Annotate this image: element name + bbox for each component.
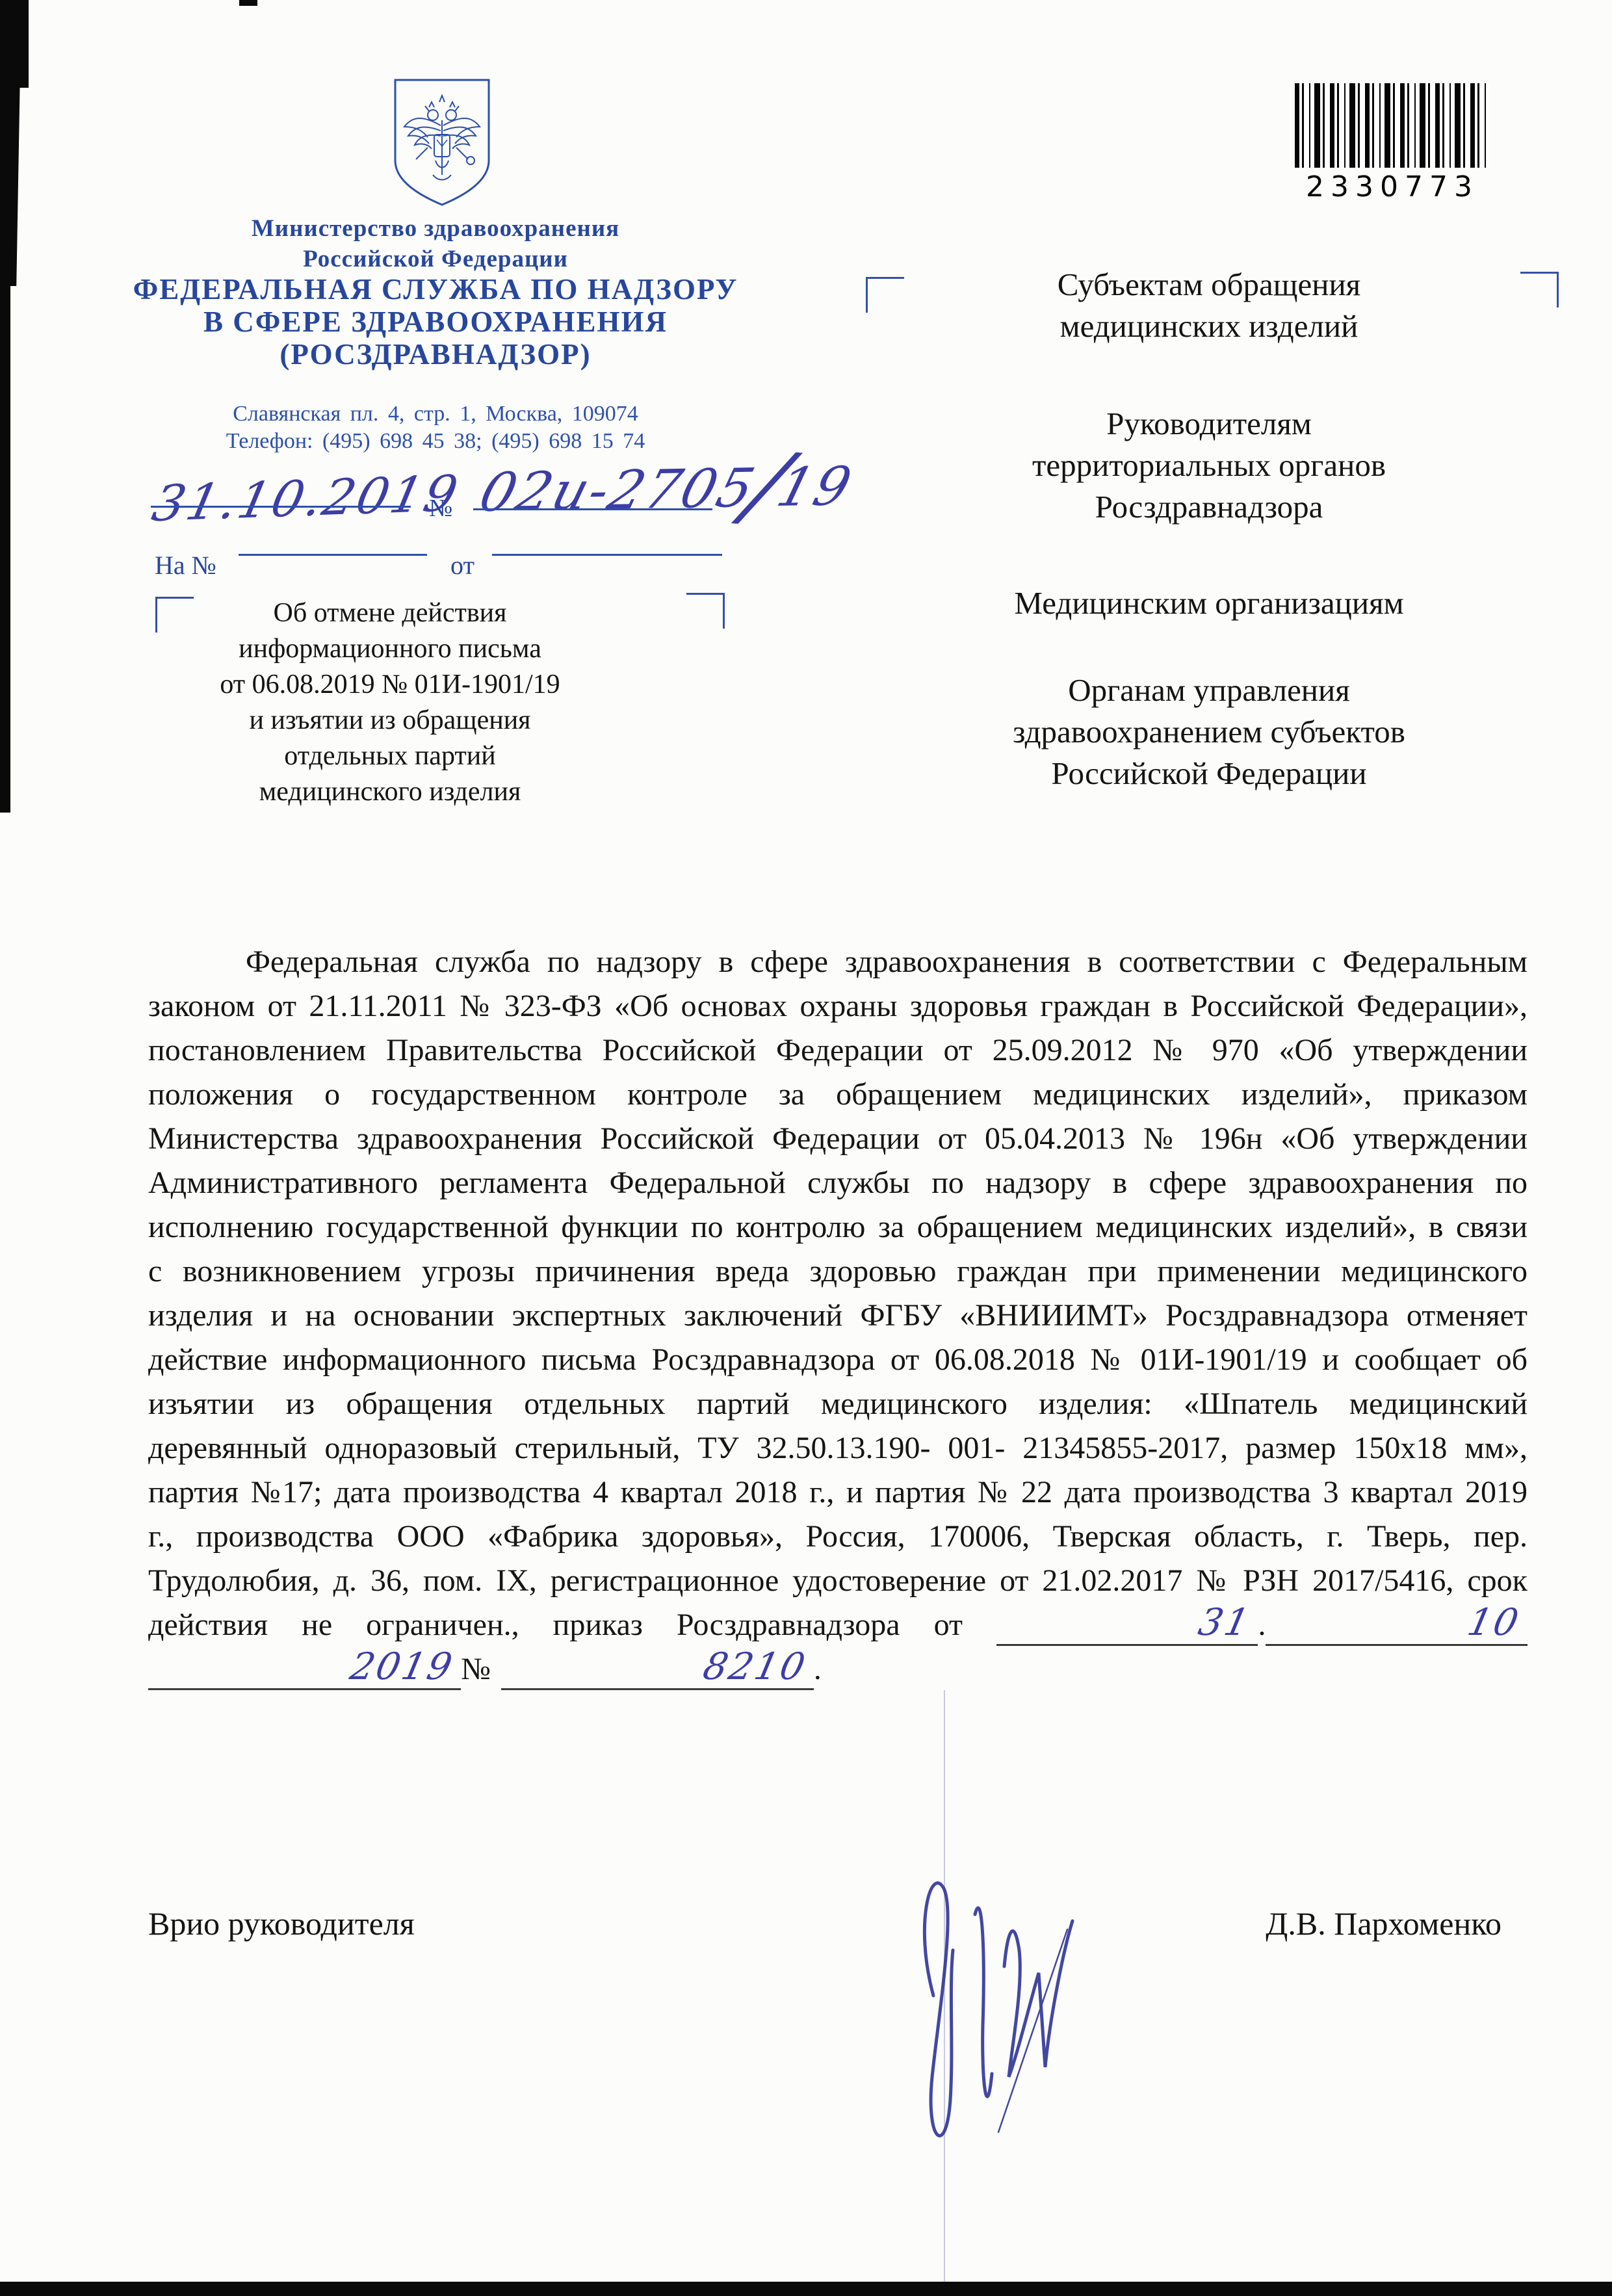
recipient-line: Росздравнадзора bbox=[864, 486, 1553, 528]
recipient-line: Российской Федерации bbox=[864, 753, 1553, 794]
recipient-line: медицинских изделий bbox=[864, 306, 1553, 347]
barcode-number: 2330773 bbox=[1295, 170, 1490, 203]
recipient-group: Органам управления здравоохранением субъ… bbox=[864, 670, 1553, 794]
subject-line: информационного письма bbox=[195, 631, 585, 667]
recipient-line: территориальных органов bbox=[864, 445, 1553, 486]
reply-date-blank bbox=[492, 554, 722, 556]
recipient-line: здравоохранением субъектов bbox=[864, 711, 1553, 753]
order-separator: . bbox=[1258, 1608, 1266, 1642]
number-underline bbox=[473, 508, 712, 510]
handwritten-order-day: 31 bbox=[996, 1604, 1258, 1646]
subject-line: Об отмене действия bbox=[195, 595, 585, 631]
order-final-dot: . bbox=[814, 1652, 822, 1686]
handwritten-date: 31.10.2019 bbox=[148, 464, 465, 532]
subject-corner-right bbox=[686, 593, 725, 629]
recipient-line: Субъектам обращения bbox=[864, 264, 1553, 306]
recipient-group: Медицинским организациям bbox=[864, 582, 1553, 624]
handwritten-number: 02и-2705/19 bbox=[473, 456, 859, 524]
subject-line: и изъятии из обращения bbox=[195, 703, 585, 738]
subject-block: Об отмене действия информационного письм… bbox=[195, 595, 585, 810]
reply-prefix: На № bbox=[155, 550, 216, 581]
letterhead-address: Славянская пл. 4, стр. 1, Москва, 109074… bbox=[149, 400, 721, 455]
address-line: Славянская пл. 4, стр. 1, Москва, 109074 bbox=[149, 400, 721, 428]
recipient-group: Руководителям территориальных органов Ро… bbox=[864, 403, 1553, 528]
ministry-line2: Российской Федерации bbox=[149, 244, 721, 274]
subject-line: от 06.08.2019 № 01И-1901/19 bbox=[195, 667, 585, 703]
subject-corner-left bbox=[155, 597, 194, 633]
barcode bbox=[1295, 83, 1490, 168]
recipient-line: Руководителям bbox=[864, 403, 1553, 445]
ministry-header: Министерство здравоохранения Российской … bbox=[149, 213, 721, 274]
service-line3: (РОСЗДРАВНАДЗОР) bbox=[123, 338, 747, 371]
scan-artifact-top-nick bbox=[239, 0, 257, 6]
order-number-sign: № bbox=[461, 1652, 491, 1686]
date-underline bbox=[151, 506, 411, 508]
scan-artifact-bottom-strip bbox=[0, 2282, 1612, 2296]
reply-number-blank bbox=[239, 554, 427, 556]
recipient-line: Органам управления bbox=[864, 670, 1553, 711]
body-main-text: Федеральная служба по надзору в сфере зд… bbox=[148, 945, 1527, 1642]
signer-title: Врио руководителя bbox=[148, 1905, 415, 1942]
signer-name: Д.В. Пархоменко bbox=[1189, 1905, 1501, 1942]
coat-of-arms-icon bbox=[390, 77, 494, 208]
recipient-line: Медицинским организациям bbox=[864, 582, 1553, 624]
service-line2: В СФЕРЕ ЗДРАВООХРАНЕНИЯ bbox=[123, 306, 747, 338]
body-paragraph: Федеральная служба по надзору в сфере зд… bbox=[148, 940, 1527, 1691]
service-line1: ФЕДЕРАЛЬНАЯ СЛУЖБА ПО НАДЗОРУ bbox=[123, 273, 747, 306]
handwritten-order-year: 2019 bbox=[148, 1648, 461, 1690]
ministry-line1: Министерство здравоохранения bbox=[149, 213, 721, 244]
signature-scribble bbox=[871, 1853, 1085, 2178]
subject-line: отдельных партий bbox=[195, 738, 585, 774]
service-header: ФЕДЕРАЛЬНАЯ СЛУЖБА ПО НАДЗОРУ В СФЕРЕ ЗД… bbox=[123, 273, 747, 371]
subject-line: медицинского изделия bbox=[195, 774, 585, 810]
recipient-group: Субъектам обращения медицинских изделий bbox=[864, 264, 1553, 347]
scan-artifact-left-strip2 bbox=[0, 78, 20, 286]
number-sign: № bbox=[429, 494, 452, 523]
phone-line: Телефон: (495) 698 45 38; (495) 698 15 7… bbox=[149, 428, 721, 455]
scanned-letter-page: Министерство здравоохранения Российской … bbox=[0, 0, 1612, 2296]
handwritten-order-number: 8210 bbox=[501, 1648, 814, 1690]
handwritten-order-month: 10 bbox=[1266, 1604, 1527, 1646]
slash-stroke: / bbox=[753, 484, 785, 487]
reply-from-label: от bbox=[450, 550, 474, 581]
